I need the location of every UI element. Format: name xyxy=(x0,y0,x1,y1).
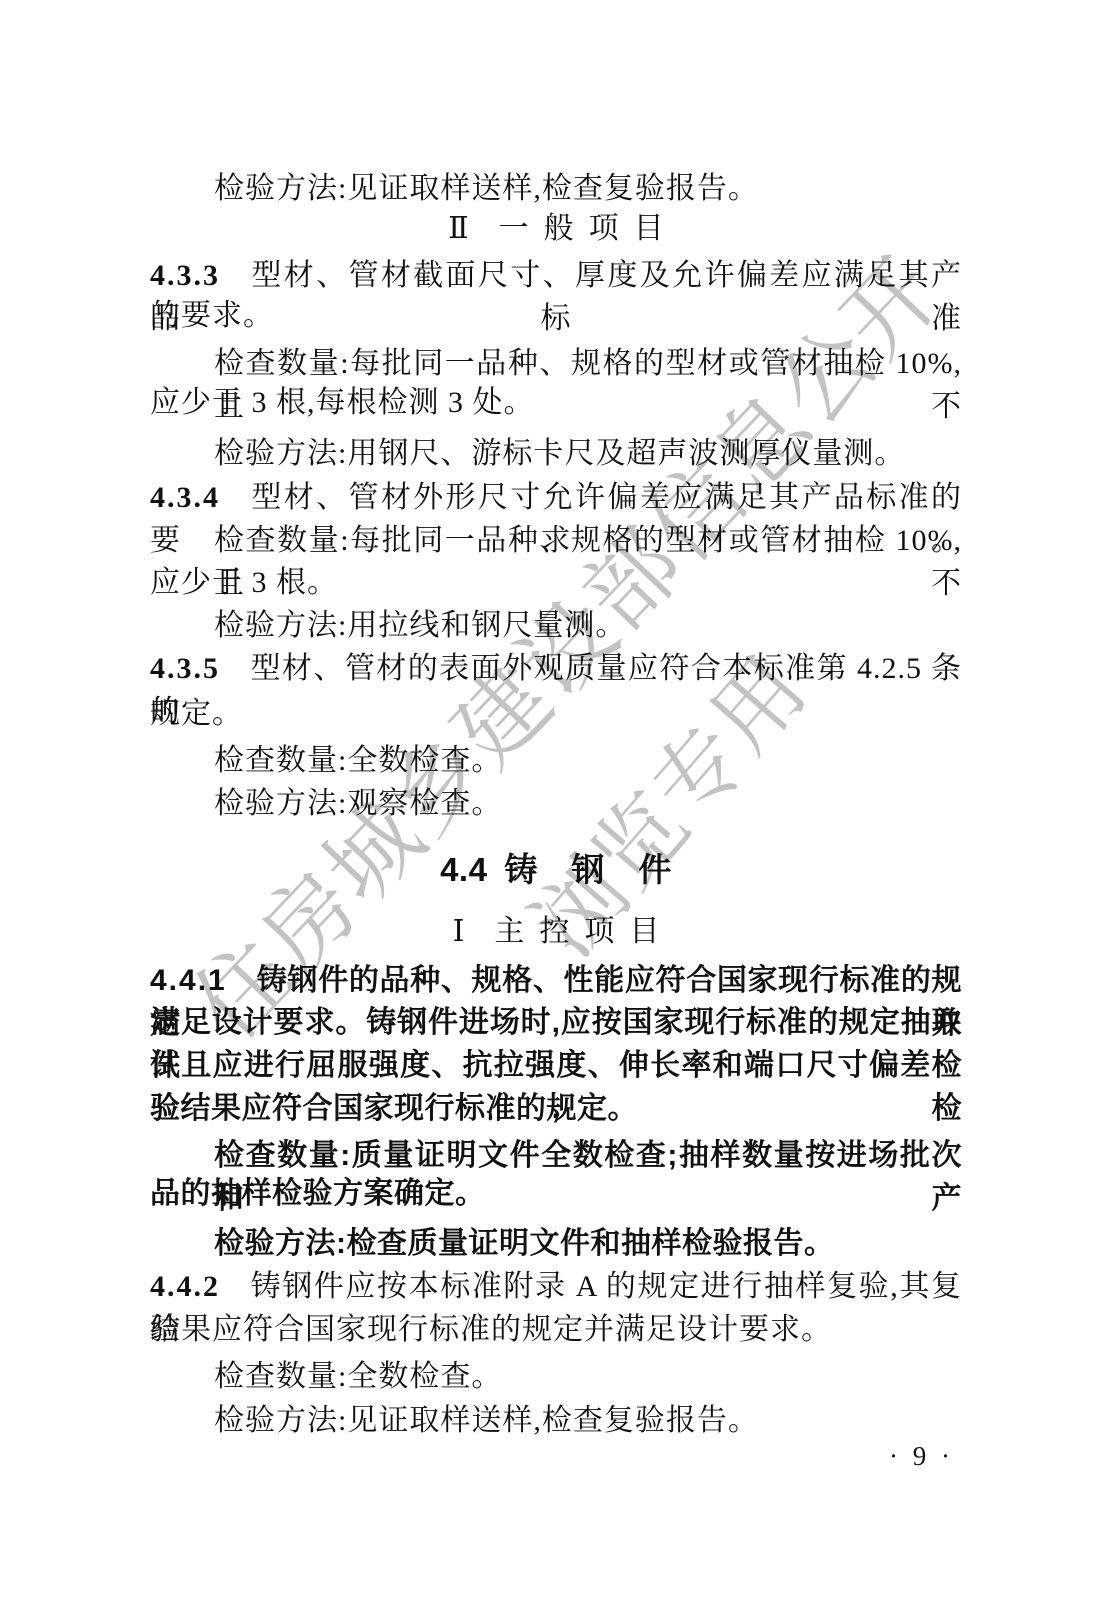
clause-4-3-3-quantity-line-1: 检查数量:每批同一品种、规格的型材或管材抽检 10%,且不 xyxy=(150,342,962,385)
clause-4-4-1-quantity-line-2: 品的抽样检验方案确定。 xyxy=(150,1172,962,1215)
clause-4-3-4-quantity-line-2: 应少于 3 根。 xyxy=(150,561,962,604)
clause-4-3-3-line-1: 4.3.3型材、管材截面尺寸、厚度及允许偏差应满足其产品标准 xyxy=(150,254,962,297)
clause-number: 4.3.4 xyxy=(150,476,220,519)
clause-4-3-4-method-line: 检验方法:用拉线和钢尺量测。 xyxy=(150,604,962,647)
clause-number: 4.4.1 xyxy=(150,959,227,1002)
clause-4-4-1-quantity-line-1: 检查数量:质量证明文件全数检查;抽样数量按进场批次和产 xyxy=(150,1134,962,1177)
document-page: 住房城乡建设部信息公开 浏览专用 检验方法:见证取样送样,检查复验报告。 Ⅱ 一… xyxy=(0,0,1106,1598)
clause-4-3-4-line: 4.3.4型材、管材外形尺寸允许偏差应满足其产品标准的要求。 xyxy=(150,476,962,519)
clause-4-4-2-line-1: 4.4.2铸钢件应按本标准附录 A 的规定进行抽样复验,其复验 xyxy=(150,1265,962,1308)
clause-4-3-4-quantity-line-1: 检查数量:每批同一品种、规格的型材或管材抽检 10%,且不 xyxy=(150,519,962,562)
subsection-heading-dominant-items: Ⅰ 主 控 项 目 xyxy=(150,910,962,953)
clause-4-3-3-line-2: 的要求。 xyxy=(150,294,962,337)
clause-4-4-2-line-2: 结果应符合国家现行标准的规定并满足设计要求。 xyxy=(150,1308,962,1351)
subsection-heading-general-items: Ⅱ 一 般 项 目 xyxy=(150,207,962,250)
clause-4-3-5-method-line: 检验方法:观察检查。 xyxy=(150,782,962,825)
section-heading-cast-steel: 4.4 铸 钢 件 xyxy=(150,845,962,895)
clause-number: 4.3.3 xyxy=(150,254,220,297)
page-number: · 9 · xyxy=(150,1440,954,1472)
clause-4-3-3-method-line: 检验方法:用钢尺、游标卡尺及超声波测厚仪量测。 xyxy=(150,432,962,475)
clause-4-4-1-method-line: 检验方法:检查质量证明文件和抽样检验报告。 xyxy=(150,1222,962,1265)
clause-433-method-line: 检验方法:见证取样送样,检查复验报告。 xyxy=(150,167,962,210)
clause-4-3-5-line-2: 规定。 xyxy=(150,692,962,735)
clause-number: 4.3.5 xyxy=(150,647,220,690)
clause-4-4-1-line-4: 验结果应符合国家现行标准的规定。 xyxy=(150,1087,962,1130)
clause-number: 4.4.2 xyxy=(150,1265,220,1308)
clause-4-4-1-line-3: 件且应进行屈服强度、抗拉强度、伸长率和端口尺寸偏差检验,检 xyxy=(150,1044,962,1087)
clause-4-4-2-method-line: 检验方法:见证取样送样,检查复验报告。 xyxy=(150,1399,962,1442)
clause-4-3-5-quantity-line: 检查数量:全数检查。 xyxy=(150,739,962,782)
clause-4-4-1-line-2: 满足设计要求。铸钢件进场时,应按国家现行标准的规定抽取试 xyxy=(150,1001,962,1044)
clause-4-3-5-line-1: 4.3.5型材、管材的表面外观质量应符合本标准第 4.2.5 条的 xyxy=(150,647,962,690)
clause-4-4-2-quantity-line: 检查数量:全数检查。 xyxy=(150,1355,962,1398)
clause-4-3-3-quantity-line-2: 应少于 3 根,每根检测 3 处。 xyxy=(150,381,962,424)
clause-4-4-1-line-1: 4.4.1铸钢件的品种、规格、性能应符合国家现行标准的规定并 xyxy=(150,959,962,1002)
